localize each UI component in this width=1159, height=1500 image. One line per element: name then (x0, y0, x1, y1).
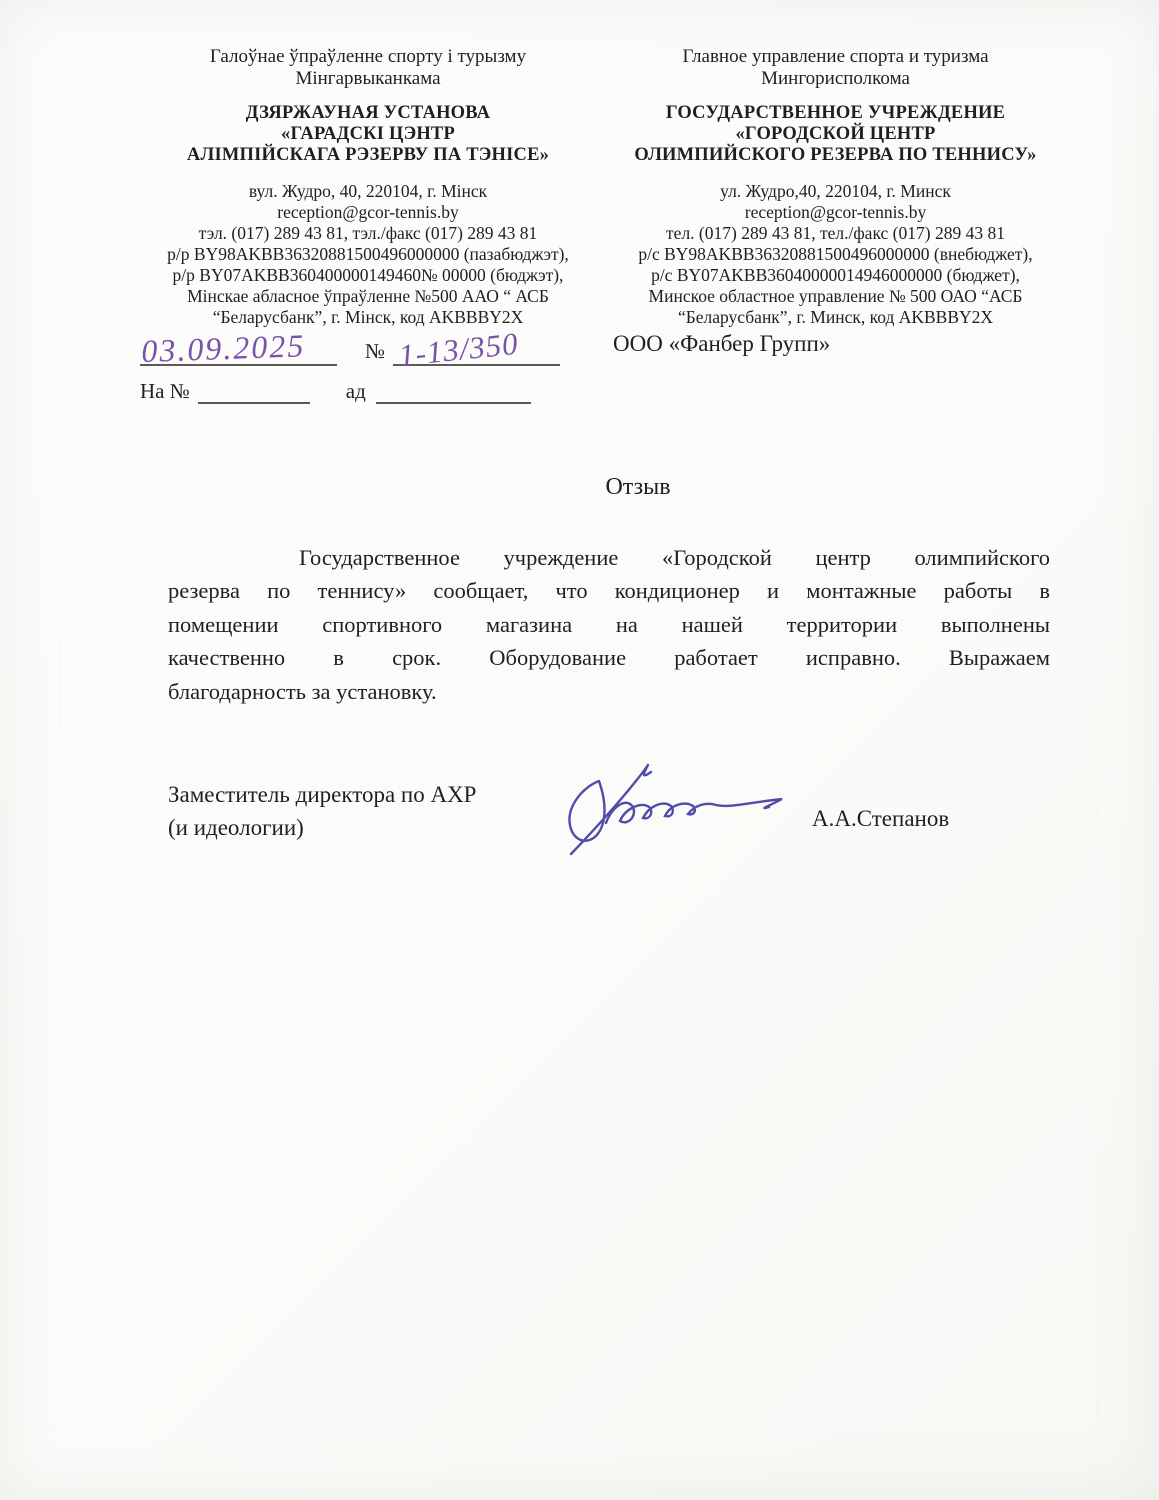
from-date-label: ад (346, 379, 366, 403)
department-line: Галоўнае ўпраўленне спорту і турызму (128, 46, 608, 68)
body-text-line: качественно в срок. Оборудование работае… (168, 641, 1050, 674)
body-text-line: помещении спортивного магазина на нашей … (168, 608, 1050, 641)
department-name-left: Галоўнае ўпраўленне спорту і турызмуМінг… (128, 46, 608, 90)
contact-line: тэл. (017) 289 43 81, тэл./факс (017) 28… (128, 223, 608, 244)
reply-number-label: На № (140, 379, 190, 403)
organization-name-line: АЛІМПІЙСКАГА РЭЗЕРВУ ПА ТЭНІСЕ» (128, 145, 608, 166)
handwritten-number: 1-13/350 (397, 326, 520, 374)
contact-line: р/с BY07AKBB36040000014946000000 (бюджет… (608, 265, 1063, 286)
body-text-line: Государственное учреждение «Городской це… (168, 541, 1050, 574)
organization-name-line: ОЛИМПИЙСКОГО РЕЗЕРВА ПО ТЕННИСУ» (608, 145, 1063, 166)
organization-name-line: «ГОРОДСКОЙ ЦЕНТР (608, 124, 1063, 145)
contact-line: “Беларусбанк”, г. Минск, код AKBBBY2X (608, 307, 1063, 328)
handwritten-date: 03.09.2025 (141, 327, 306, 370)
letterhead-left-belarusian: Галоўнае ўпраўленне спорту і турызмуМінг… (128, 46, 608, 328)
contact-line: reception@gcor-tennis.by (608, 202, 1063, 223)
outgoing-number-field: 1-13/350 (393, 320, 560, 366)
body-text-line: резерва по теннису» сообщает, что кондиц… (168, 574, 1050, 607)
contact-details-left: вул. Жудро, 40, 220104, г. Мінскreceptio… (128, 181, 608, 328)
contact-line: р/р BY07AKBB360400000149460№ 00000 (бюдж… (128, 265, 608, 286)
letter-body: Государственное учреждение «Городской це… (168, 541, 1050, 708)
letterhead-right-russian: Главное управление спорта и туризмаМинго… (608, 46, 1063, 328)
contact-line: reception@gcor-tennis.by (128, 202, 608, 223)
signature-scribble-icon (550, 750, 795, 862)
from-date-blank (376, 378, 531, 404)
signer-name: А.А.Степанов (812, 806, 949, 832)
organization-name-right: ГОСУДАРСТВЕННОЕ УЧРЕЖДЕНИЕ«ГОРОДСКОЙ ЦЕН… (608, 103, 1063, 166)
signer-position: Заместитель директора по АХР (и идеологи… (168, 778, 476, 844)
signer-position-line-2: (и идеологии) (168, 811, 476, 844)
department-line: Мингорисполкома (608, 68, 1063, 90)
document-title: Отзыв (168, 474, 1048, 501)
scanned-letter-page: Галоўнае ўпраўленне спорту і турызмуМінг… (0, 0, 1159, 1500)
signer-position-line-1: Заместитель директора по АХР (168, 778, 476, 811)
contact-line: р/р BY98AKBB36320881500496000000 (пазабю… (128, 244, 608, 265)
department-line: Главное управление спорта и туризма (608, 46, 1063, 68)
contact-line: Минское областное управление № 500 ОАО “… (608, 286, 1063, 307)
date-field: 03.09.2025 (140, 320, 337, 366)
reply-reference-line: На №ад (140, 378, 531, 408)
reference-date-number-line: 03.09.2025 № 1-13/350 (140, 320, 560, 366)
organization-name-left: ДЗЯРЖАУНАЯ УСТАНОВА«ГАРАДСКІ ЦЭНТРАЛІМПІ… (128, 103, 608, 166)
department-name-right: Главное управление спорта и туризмаМинго… (608, 46, 1063, 90)
number-label: № (365, 339, 385, 366)
organization-name-line: ДЗЯРЖАУНАЯ УСТАНОВА (128, 103, 608, 124)
reply-number-blank (198, 378, 310, 404)
letterhead: Галоўнае ўпраўленне спорту і турызмуМінг… (0, 46, 1159, 328)
department-line: Мінгарвыканкама (128, 68, 608, 90)
contact-line: тел. (017) 289 43 81, тел./факс (017) 28… (608, 223, 1063, 244)
organization-name-line: ГОСУДАРСТВЕННОЕ УЧРЕЖДЕНИЕ (608, 103, 1063, 124)
recipient-name: ООО «Фанбер Групп» (613, 331, 830, 357)
contact-line: р/с BY98AKBB36320881500496000000 (внебюд… (608, 244, 1063, 265)
contact-line: ул. Жудро,40, 220104, г. Минск (608, 181, 1063, 202)
organization-name-line: «ГАРАДСКІ ЦЭНТР (128, 124, 608, 145)
contact-line: вул. Жудро, 40, 220104, г. Мінск (128, 181, 608, 202)
contact-details-right: ул. Жудро,40, 220104, г. Минскreception@… (608, 181, 1063, 328)
contact-line: Мінскае абласное ўпраўленне №500 ААО “ А… (128, 286, 608, 307)
body-text-line: благодарность за установку. (168, 675, 1050, 708)
